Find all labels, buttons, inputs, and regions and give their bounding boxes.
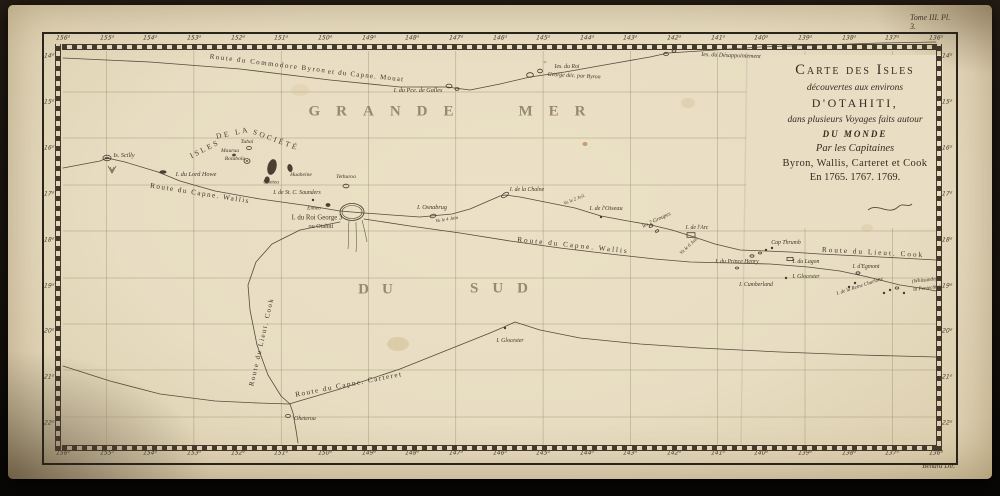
paper-stain-5 — [291, 84, 309, 96]
thrumb-islet-2 — [771, 247, 773, 249]
cartouche-otahiti: D'Otahiti, — [752, 96, 958, 111]
cartouche-subtitle-2: dans plusieurs Voyages faits autour — [752, 115, 958, 125]
huaheine-island — [287, 164, 294, 173]
prince-henry-island-2 — [758, 252, 761, 254]
egmont-island — [856, 272, 860, 274]
cartouche-du-monde: du Monde — [752, 129, 958, 139]
prince-henry-island — [750, 255, 754, 257]
paper-stain-2 — [387, 337, 409, 351]
reine-charlotte-island-2 — [854, 282, 856, 284]
tethuroa-island — [343, 184, 349, 188]
bolabola-island — [244, 159, 250, 164]
bolabola-island-inner — [246, 160, 248, 161]
maurua-island — [232, 154, 236, 157]
reine-charlotte-island — [848, 286, 850, 288]
route-wallis-track — [364, 219, 936, 291]
ulietea-island — [266, 158, 279, 176]
paper-stain-0 — [583, 142, 588, 146]
roi-george-island-2 — [538, 69, 543, 73]
whitsunday-island-3 — [895, 287, 899, 289]
lord-howe-island — [160, 170, 167, 174]
gloucester-s-island — [504, 327, 506, 329]
plate-number-label: Tome III. Pl. 3. — [910, 13, 955, 31]
prince-henry-island-3 — [735, 267, 738, 269]
scanned-map-photo: 156ᵈ156ᵈ155ᵈ155ᵈ154ᵈ154ᵈ153ᵈ153ᵈ152ᵈ152ᵈ… — [0, 0, 1000, 496]
whitsunday-island-2 — [889, 289, 891, 291]
otaha-island — [264, 176, 270, 184]
scilly-current-mark — [108, 166, 116, 173]
lagon-island — [787, 257, 793, 260]
gloucester-e-island — [785, 277, 787, 279]
route-cook — [248, 222, 340, 443]
cartouche-years: En 1765. 1767. 1769. — [752, 172, 958, 183]
cartouche-subtitle-1: découvertes aux environs — [752, 83, 958, 93]
otahiti-hatch-1 — [348, 221, 349, 249]
cartouche-captain-names: Byron, Wallis, Carteret et Cook — [752, 158, 958, 169]
saunders-island — [312, 199, 314, 201]
paper-stain-4 — [861, 224, 873, 232]
desappointement-island-2 — [672, 50, 676, 53]
page-crease — [741, 52, 747, 445]
paper-stain-3 — [681, 98, 695, 108]
tubai-island — [247, 146, 252, 149]
whitsunday-island-1 — [883, 292, 885, 294]
title-cartouche: Carte des Isles découvertes aux environs… — [752, 62, 958, 183]
whitsunday-island-4 — [903, 292, 905, 294]
cartouche-title: Carte des Isles — [752, 62, 958, 79]
eimeo-island — [326, 203, 331, 207]
oiseau-island — [600, 216, 602, 218]
paper-stain-1 — [544, 61, 547, 63]
thrumb-islet — [765, 249, 767, 251]
engraver-credit: Benard Dir. — [922, 462, 955, 470]
cartouche-capitaines: Par les Capitaines — [752, 143, 958, 154]
